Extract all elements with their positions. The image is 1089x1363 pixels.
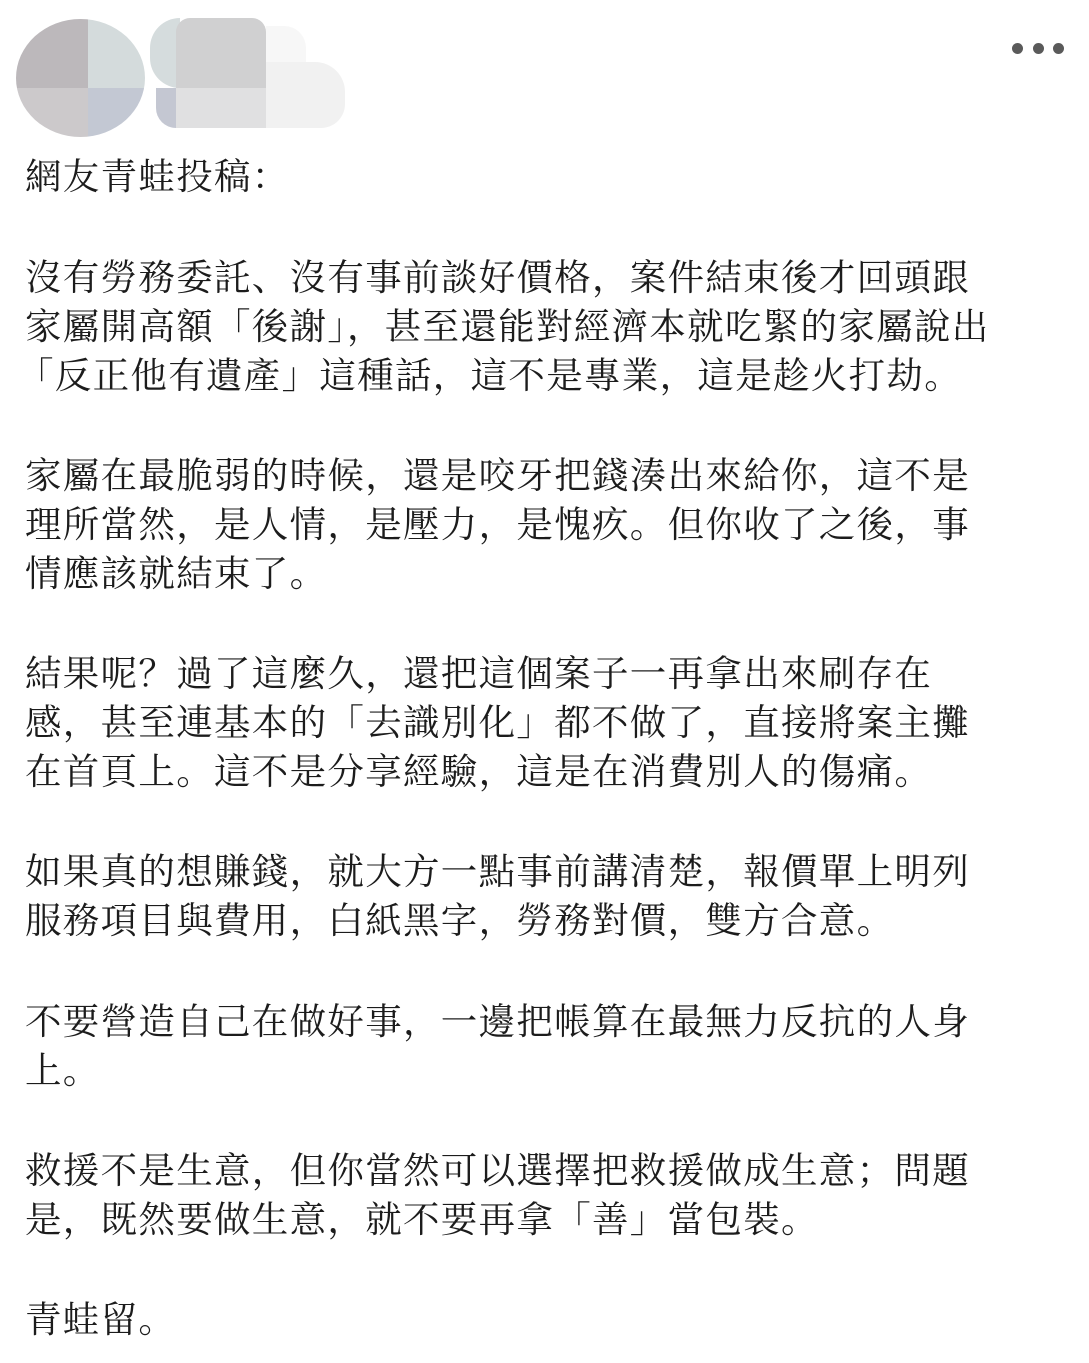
post-paragraph: 沒有勞務委託、沒有事前談好價格，案件結束後才回頭跟 家屬開高額「後謝」，甚至還能…	[25, 253, 1075, 400]
post-body: 網友青蛙投稿： 沒有勞務委託、沒有事前談好價格，案件結束後才回頭跟 家屬開高額「…	[25, 152, 1075, 1344]
more-horizontal-icon	[1033, 43, 1044, 54]
avatar-blur-block	[16, 19, 88, 88]
text-line: 在首頁上。這不是分享經驗，這是在消費別人的傷痛。	[25, 747, 1075, 796]
name-blur-block	[266, 62, 345, 128]
text-line: 上。	[25, 1046, 1075, 1095]
text-line: 如果真的想賺錢，就大方一點事前講清楚，報價單上明列	[25, 847, 1075, 896]
text-line: 家屬開高額「後謝」，甚至還能對經濟本就吃緊的家屬說出	[25, 302, 1075, 351]
post-paragraph: 家屬在最脆弱的時候，還是咬牙把錢湊出來給你，這不是 理所當然，是人情，是壓力，是…	[25, 451, 1075, 598]
post-signoff: 青蛙留。	[25, 1295, 1075, 1344]
more-horizontal-icon	[1012, 43, 1023, 54]
avatar-blur-block	[16, 88, 88, 137]
post-intro: 網友青蛙投稿：	[25, 152, 1075, 201]
text-line: 情應該就結束了。	[25, 549, 1075, 598]
avatar-blur-block	[88, 88, 145, 137]
avatar-blur-block	[88, 19, 145, 88]
text-line: 理所當然，是人情，是壓力，是愧疚。但你收了之後，事	[25, 500, 1075, 549]
name-blur-block	[156, 88, 178, 128]
text-line: 感，甚至連基本的「去識別化」都不做了，直接將案主攤	[25, 698, 1075, 747]
post-paragraph: 如果真的想賺錢，就大方一點事前講清楚，報價單上明列 服務項目與費用，白紙黑字，勞…	[25, 847, 1075, 945]
name-blur-block	[176, 18, 266, 88]
text-line: 家屬在最脆弱的時候，還是咬牙把錢湊出來給你，這不是	[25, 451, 1075, 500]
post-paragraph: 救援不是生意，但你當然可以選擇把救援做成生意；問題 是，既然要做生意，就不要再拿…	[25, 1146, 1075, 1244]
more-options-button[interactable]	[1010, 36, 1066, 60]
text-line: 「反正他有遺產」這種話，這不是專業，這是趁火打劫。	[17, 351, 1075, 400]
text-line: 是，既然要做生意，就不要再拿「善」當包裝。	[25, 1195, 1075, 1244]
post-paragraph: 不要營造自己在做好事，一邊把帳算在最無力反抗的人身 上。	[25, 997, 1075, 1095]
text-line: 青蛙留。	[25, 1295, 1075, 1344]
text-line: 不要營造自己在做好事，一邊把帳算在最無力反抗的人身	[25, 997, 1075, 1046]
avatar-blurred[interactable]	[16, 19, 145, 137]
text-line: 網友青蛙投稿：	[25, 152, 1075, 201]
text-line: 沒有勞務委託、沒有事前談好價格，案件結束後才回頭跟	[25, 253, 1075, 302]
author-name-blurred[interactable]	[150, 18, 345, 130]
text-line: 結果呢？過了這麼久，還把這個案子一再拿出來刷存在	[25, 649, 1075, 698]
text-line: 救援不是生意，但你當然可以選擇把救援做成生意；問題	[25, 1146, 1075, 1195]
post-header	[0, 0, 1089, 140]
name-blur-block	[176, 88, 266, 128]
text-line: 服務項目與費用，白紙黑字，勞務對價，雙方合意。	[25, 896, 1075, 945]
post-paragraph: 結果呢？過了這麼久，還把這個案子一再拿出來刷存在 感，甚至連基本的「去識別化」都…	[25, 649, 1075, 796]
more-horizontal-icon	[1053, 43, 1064, 54]
